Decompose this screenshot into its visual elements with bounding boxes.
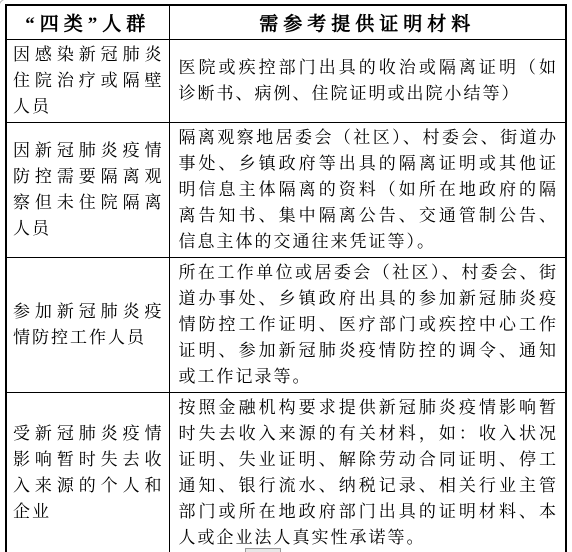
header-group-column: “四类”人群	[6, 5, 169, 39]
bottom-edge-artifact	[245, 548, 281, 552]
group-cell-quarantined: 因新冠肺炎疫情防控需要隔离观察但未住院隔离人员	[6, 122, 169, 257]
group-cell-hospitalized: 因感染新冠肺炎住院治疗或隔壁人员	[6, 39, 169, 122]
reference-materials-table: “四类”人群 需参考提供证明材料 因感染新冠肺炎住院治疗或隔壁人员 医院或疾控部…	[5, 4, 567, 552]
table-row: 参加新冠肺炎疫情防控工作人员 所在工作单位或居委会（社区）、村委会、街道办事处、…	[6, 257, 566, 392]
table-row: 受新冠肺炎疫情影响暂时失去收入来源的个人和企业 按照金融机构要求提供新冠肺炎疫情…	[6, 392, 566, 552]
table-row: 因新冠肺炎疫情防控需要隔离观察但未住院隔离人员 隔离观察地居委会（社区）、村委会…	[6, 122, 566, 257]
group-cell-prevention-workers: 参加新冠肺炎疫情防控工作人员	[6, 257, 169, 392]
document-page: “四类”人群 需参考提供证明材料 因感染新冠肺炎住院治疗或隔壁人员 医院或疾控部…	[0, 0, 572, 552]
materials-cell-hospitalized: 医院或疾控部门出具的收治或隔离证明（如诊断书、病例、住院证明或出院小结等）	[169, 39, 566, 122]
materials-cell-prevention-workers: 所在工作单位或居委会（社区）、村委会、街道办事处、乡镇政府出具的参加新冠肺炎疫情…	[169, 257, 566, 392]
table-row: 因感染新冠肺炎住院治疗或隔壁人员 医院或疾控部门出具的收治或隔离证明（如诊断书、…	[6, 39, 566, 122]
table-header-row: “四类”人群 需参考提供证明材料	[6, 5, 566, 39]
materials-cell-income-loss: 按照金融机构要求提供新冠肺炎疫情影响暂时失去收入来源的有关材料，如：收入状况证明…	[169, 392, 566, 552]
materials-cell-quarantined: 隔离观察地居委会（社区）、村委会、街道办事处、乡镇政府等出具的隔离证明或其他证明…	[169, 122, 566, 257]
group-cell-income-loss: 受新冠肺炎疫情影响暂时失去收入来源的个人和企业	[6, 392, 169, 552]
header-materials-column: 需参考提供证明材料	[169, 5, 566, 39]
